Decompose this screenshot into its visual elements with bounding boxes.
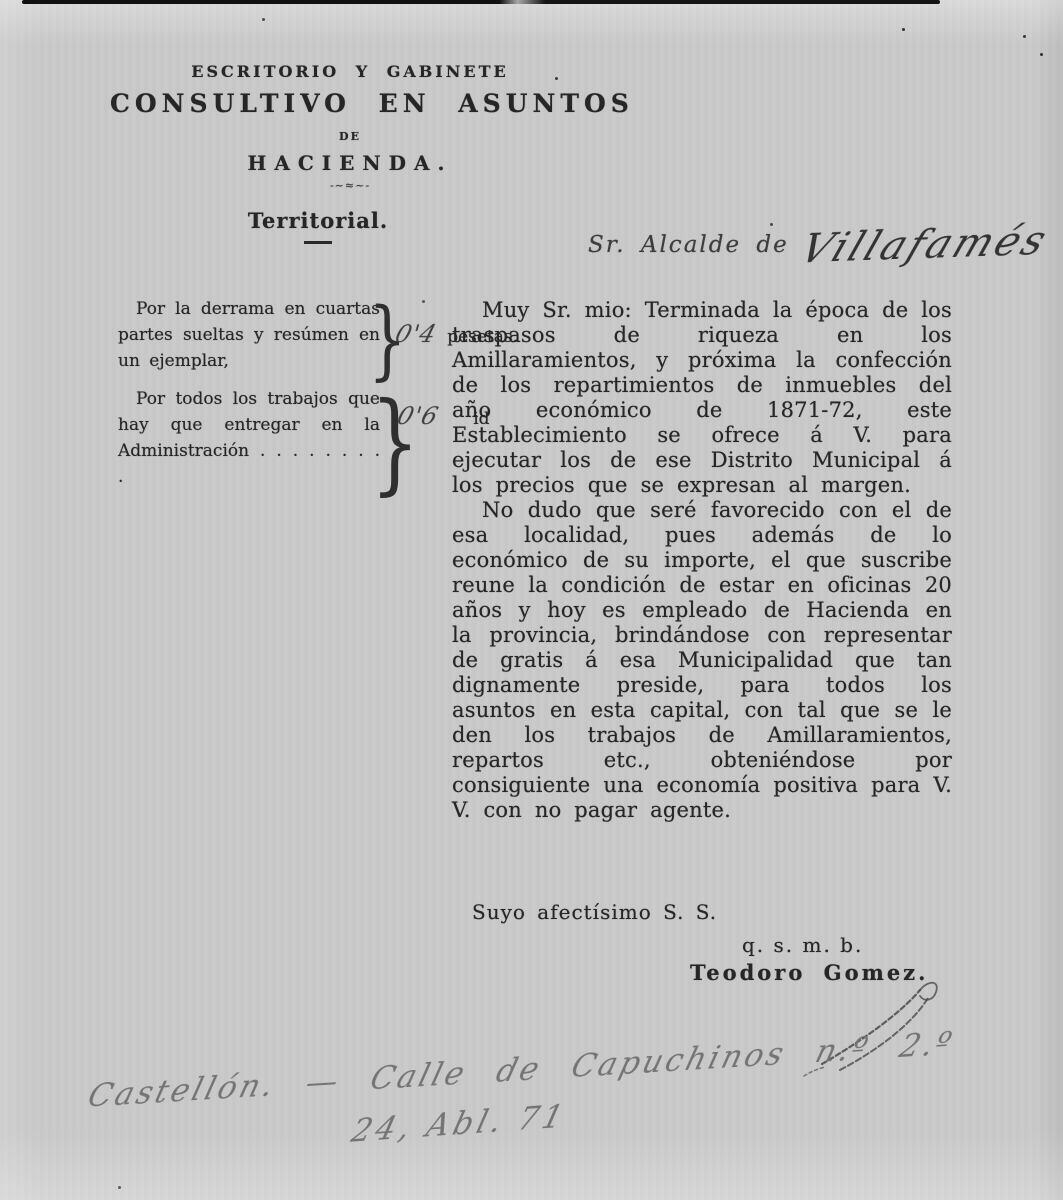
- body-paragraph-2: No dudo que seré favorecido con el de es…: [452, 498, 952, 823]
- letterhead-ornament: -~≈~-: [110, 179, 590, 192]
- footer-handwritten-date: 24, Abl. 71: [351, 1099, 567, 1150]
- letterhead: ESCRITORIO Y GABINETE CONSULTIVO EN ASUN…: [110, 62, 590, 244]
- letterhead-line3: DE: [110, 130, 590, 143]
- margin-item-1-value-handwritten: 0'4: [392, 320, 440, 348]
- recipient-handwritten-name: Villafamés: [794, 218, 1055, 272]
- footer-date-text: 24, Abl. 71: [348, 1098, 571, 1150]
- scan-artifact-top-strip: [22, 0, 940, 4]
- margin-item-2-brace: }: [371, 378, 420, 506]
- margin-item-2-value-handwritten: 0'6: [394, 402, 442, 430]
- scan-artifact-dust-specks: [0, 0, 3, 3]
- letterhead-line2: CONSULTIVO EN ASUNTOS: [110, 89, 590, 118]
- letterhead-section-title: Territorial.: [78, 208, 558, 233]
- margin-item-1-text: Por la derrama en cuartas partes sueltas…: [118, 296, 380, 374]
- closing-line: Suyo afectísimo S. S.: [472, 900, 717, 924]
- letterhead-line1: ESCRITORIO Y GABINETE: [110, 62, 590, 81]
- body-paragraph-1: Muy Sr. mio: Terminada la época de los t…: [452, 298, 952, 498]
- letter-body: Muy Sr. mio: Terminada la época de los t…: [452, 298, 952, 823]
- margin-item-2-text: Por todos los trabajos que hay que entre…: [118, 386, 380, 490]
- salute-abbreviation: q. s. m. b.: [742, 933, 863, 957]
- letterhead-line4: HACIENDA.: [110, 151, 590, 175]
- scanned-document-page: ESCRITORIO Y GABINETE CONSULTIVO EN ASUN…: [0, 0, 1063, 1200]
- letterhead-rule: [304, 241, 332, 244]
- recipient-line: Sr. Alcalde de Villafamés: [588, 222, 1045, 268]
- recipient-printed-label: Sr. Alcalde de: [588, 232, 789, 258]
